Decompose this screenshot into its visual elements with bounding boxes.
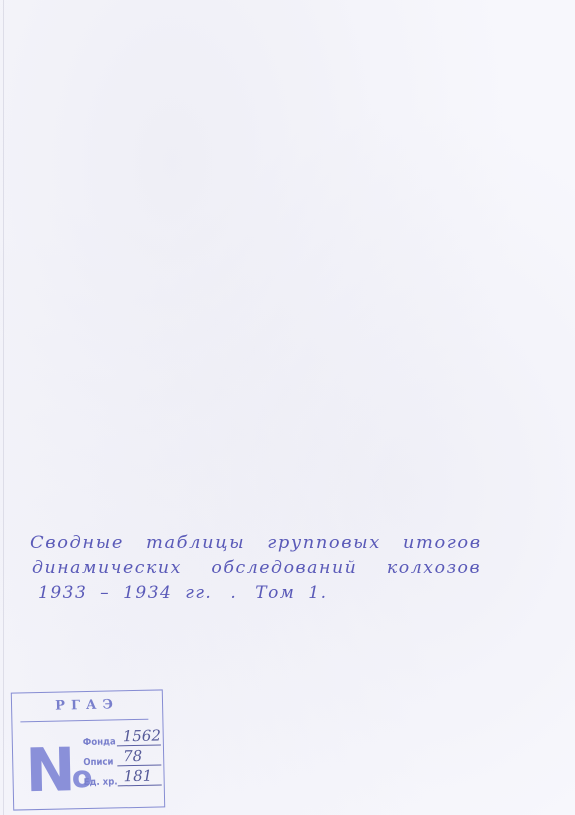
years-range: 1933 – 1934 гг. — [38, 583, 212, 603]
stamp-divider — [20, 719, 148, 723]
fond-row: Фонда 1562 — [83, 728, 163, 748]
number-sign-icon: No — [25, 737, 78, 804]
title-line-3: 1933 – 1934 гг..Том 1. — [38, 583, 328, 603]
archive-name: РГАЭ — [12, 696, 162, 714]
title-line-2: динамических обследований колхозов — [32, 558, 481, 578]
item-label: Ед. хр. — [84, 776, 118, 788]
page-edge — [3, 0, 4, 815]
opis-value: 78 — [123, 747, 142, 765]
opis-row: Описи 78 — [83, 748, 163, 768]
archive-stamp: РГАЭ No Фонда 1562 Описи 78 Ед. хр. 181 — [11, 689, 165, 810]
fond-label: Фонда — [83, 736, 116, 748]
fond-value: 1562 — [123, 726, 162, 745]
opis-label: Описи — [83, 756, 113, 768]
title-line-1: Сводные таблицы групповых итогов — [30, 533, 482, 553]
separator-dot: . — [230, 583, 237, 603]
item-value: 181 — [123, 767, 152, 786]
item-row: Ед. хр. 181 — [83, 768, 163, 788]
volume-number: Том 1. — [255, 583, 327, 603]
